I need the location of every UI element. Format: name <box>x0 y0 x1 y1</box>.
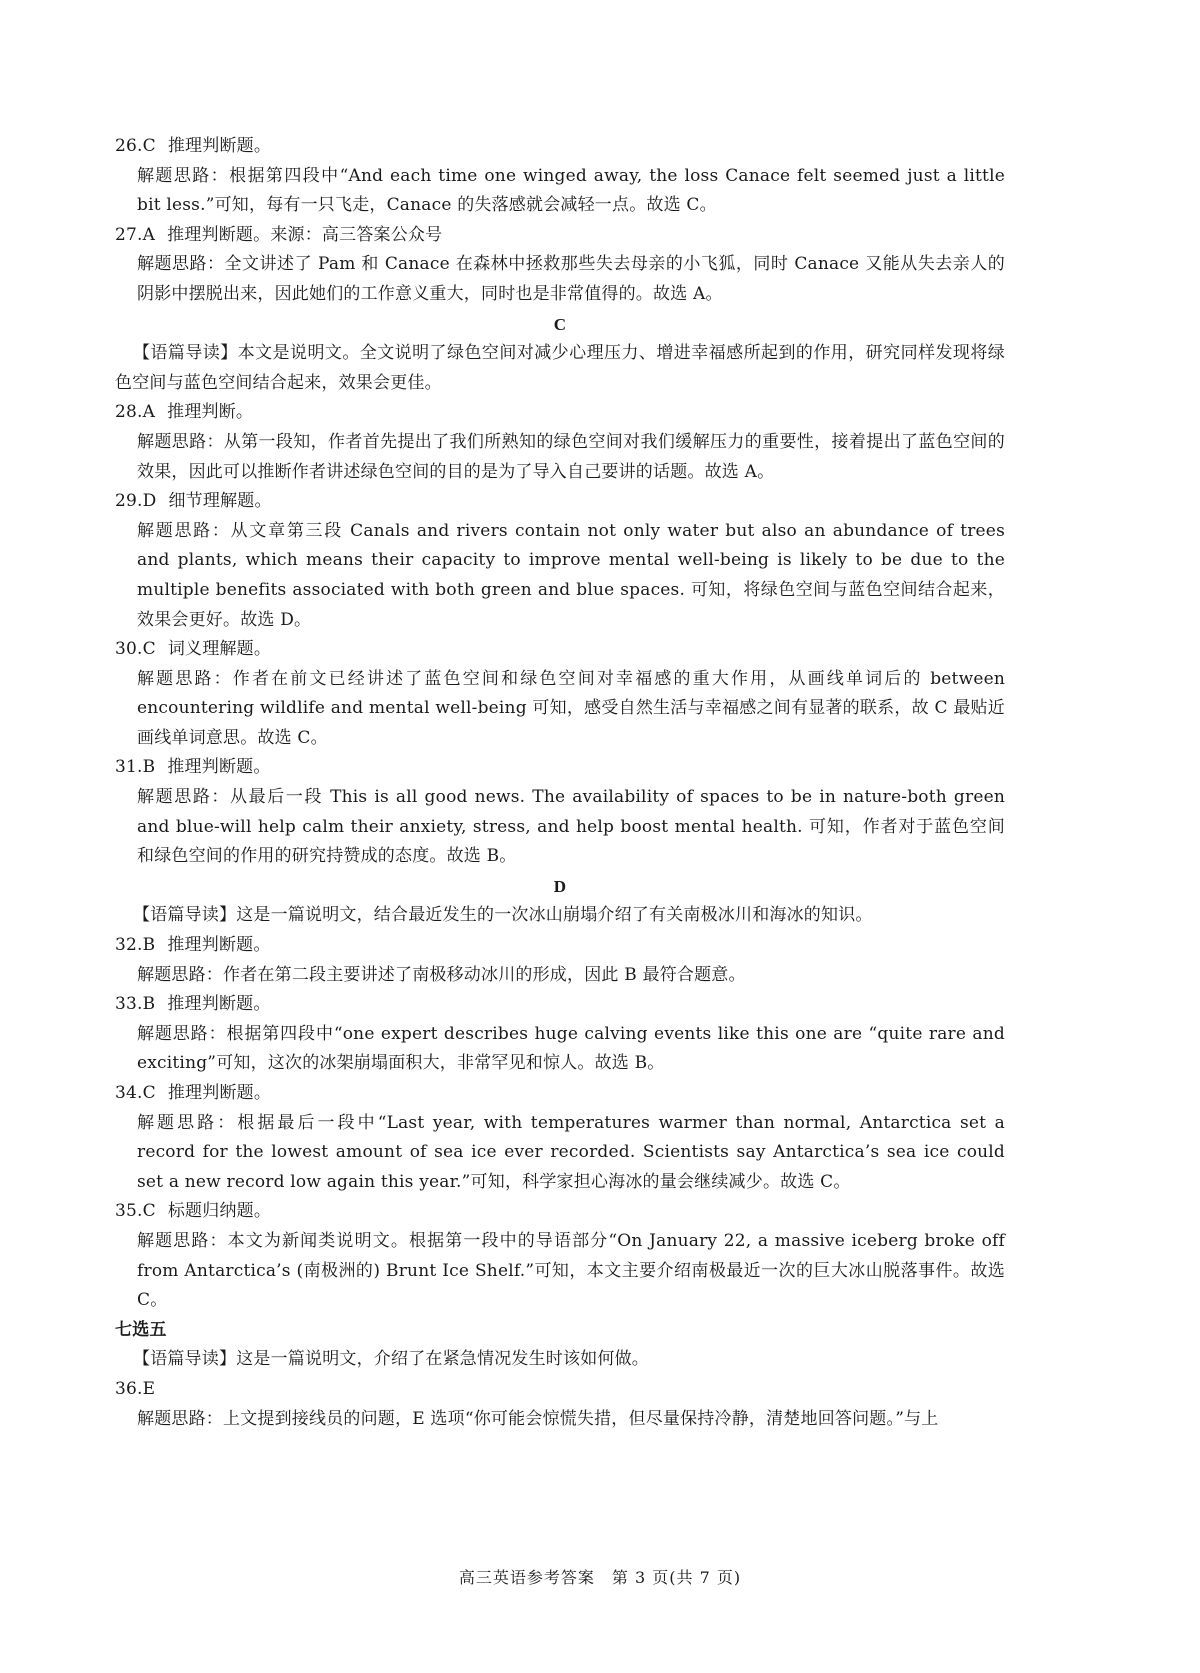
question-header-33: 33.B推理判断题。 <box>115 990 1005 1020</box>
question-type: 推理判断题。来源：高三答案公众号 <box>167 225 442 245</box>
question-number: 26.C <box>115 132 156 162</box>
question-number: 36.E <box>115 1375 155 1405</box>
explanation-33: 解题思路：根据第四段中“one expert describes huge ca… <box>115 1020 1005 1079</box>
question-header-27: 27.A推理判断题。来源：高三答案公众号 <box>115 221 1005 251</box>
explanation-30: 解题思路：作者在前文已经讲述了蓝色空间和绿色空间对幸福感的重大作用，从画线单词后… <box>115 665 1005 754</box>
question-number: 34.C <box>115 1079 156 1109</box>
question-type: 推理判断题。 <box>167 994 270 1014</box>
question-header-32: 32.B推理判断题。 <box>115 931 1005 961</box>
question-number: 32.B <box>115 931 155 961</box>
answer-content: 26.C推理判断题。 解题思路：根据第四段中“And each time one… <box>115 132 1005 1434</box>
question-number: 30.C <box>115 635 156 665</box>
explanation-27: 解题思路：全文讲述了 Pam 和 Canace 在森林中拯救那些失去母亲的小飞狐… <box>115 250 1005 309</box>
question-header-29: 29.D细节理解题。 <box>115 487 1005 517</box>
explanation-32: 解题思路：作者在第二段主要讲述了南极移动冰川的形成，因此 B 最符合题意。 <box>115 961 1005 991</box>
explanation-36: 解题思路：上文提到接线员的问题，E 选项“你可能会惊慌失措，但尽量保持冷静，清楚… <box>115 1405 1005 1435</box>
question-number: 28.A <box>115 398 155 428</box>
question-type: 标题归纳题。 <box>168 1201 271 1221</box>
document-page: 26.C推理判断题。 解题思路：根据第四段中“And each time one… <box>0 0 1200 1673</box>
passage-intro-c: 【语篇导读】本文是说明文。全文说明了绿色空间对减少心理压力、增进幸福感所起到的作… <box>115 339 1005 398</box>
question-number: 33.B <box>115 990 155 1020</box>
question-header-35: 35.C标题归纳题。 <box>115 1197 1005 1227</box>
section-heading-c: C <box>115 310 1005 340</box>
explanation-31: 解题思路：从最后一段 This is all good news. The av… <box>115 783 1005 872</box>
question-header-26: 26.C推理判断题。 <box>115 132 1005 162</box>
question-type: 推理判断题。 <box>168 136 271 156</box>
question-number: 31.B <box>115 753 155 783</box>
passage-intro-seven-five: 【语篇导读】这是一篇说明文，介绍了在紧急情况发生时该如何做。 <box>115 1345 1005 1375</box>
passage-intro-d: 【语篇导读】这是一篇说明文，结合最近发生的一次冰山崩塌介绍了有关南极冰川和海冰的… <box>115 901 1005 931</box>
explanation-28: 解题思路：从第一段知，作者首先提出了我们所熟知的绿色空间对我们缓解压力的重要性，… <box>115 428 1005 487</box>
question-type: 推理判断题。 <box>167 935 270 955</box>
explanation-29: 解题思路：从文章第三段 Canals and rivers contain no… <box>115 517 1005 635</box>
question-number: 29.D <box>115 487 156 517</box>
question-header-34: 34.C推理判断题。 <box>115 1079 1005 1109</box>
explanation-26: 解题思路：根据第四段中“And each time one winged awa… <box>115 162 1005 221</box>
question-number: 27.A <box>115 221 155 251</box>
question-type: 词义理解题。 <box>168 639 271 659</box>
question-header-30: 30.C词义理解题。 <box>115 635 1005 665</box>
question-type: 推理判断。 <box>167 402 253 422</box>
question-header-36: 36.E <box>115 1375 1005 1405</box>
page-footer: 高三英语参考答案 第 3 页(共 7 页) <box>0 1565 1200 1588</box>
question-type: 细节理解题。 <box>168 491 271 511</box>
explanation-35: 解题思路：本文为新闻类说明文。根据第一段中的导语部分“On January 22… <box>115 1227 1005 1316</box>
question-type: 推理判断题。 <box>167 757 270 777</box>
part-title-seven-choose-five: 七选五 <box>115 1316 1005 1346</box>
question-header-31: 31.B推理判断题。 <box>115 753 1005 783</box>
section-heading-d: D <box>115 872 1005 902</box>
explanation-34: 解题思路：根据最后一段中“Last year, with temperature… <box>115 1109 1005 1198</box>
question-header-28: 28.A推理判断。 <box>115 398 1005 428</box>
question-number: 35.C <box>115 1197 156 1227</box>
question-type: 推理判断题。 <box>168 1083 271 1103</box>
